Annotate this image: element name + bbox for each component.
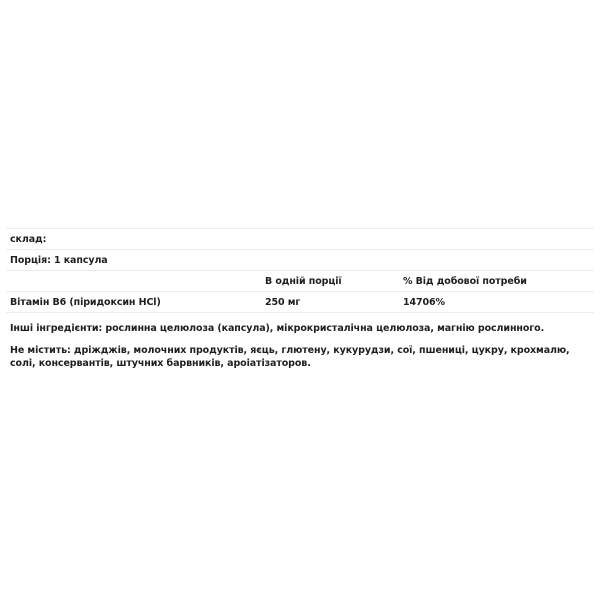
table-header-row: В одній порції % Від добової потреби	[6, 271, 594, 292]
supplement-facts: склад: Порція: 1 капсула В одній порції …	[6, 228, 594, 379]
supplement-facts-table: склад: Порція: 1 капсула В одній порції …	[6, 228, 594, 313]
header-daily-value: % Від добової потреби	[399, 271, 594, 292]
notes: Інші інгредієнти: рослинна целюлоза (кап…	[6, 322, 594, 370]
ingredient-name: Вітамін B6 (піридоксин HCl)	[6, 292, 261, 313]
composition-title: склад:	[6, 229, 594, 250]
serving-size: Порція: 1 капсула	[6, 250, 594, 271]
ingredient-amount: 250 мг	[261, 292, 399, 313]
header-per-serving: В одній порції	[261, 271, 399, 292]
header-ingredient	[6, 271, 261, 292]
table-row: Вітамін B6 (піридоксин HCl) 250 мг 14706…	[6, 292, 594, 313]
ingredient-daily-value: 14706%	[399, 292, 594, 313]
table-row-serving: Порція: 1 капсула	[6, 250, 594, 271]
table-row-title: склад:	[6, 229, 594, 250]
free-from: Не містить: дріжджів, молочних продуктів…	[10, 344, 594, 370]
other-ingredients: Інші інгредієнти: рослинна целюлоза (кап…	[10, 322, 594, 335]
